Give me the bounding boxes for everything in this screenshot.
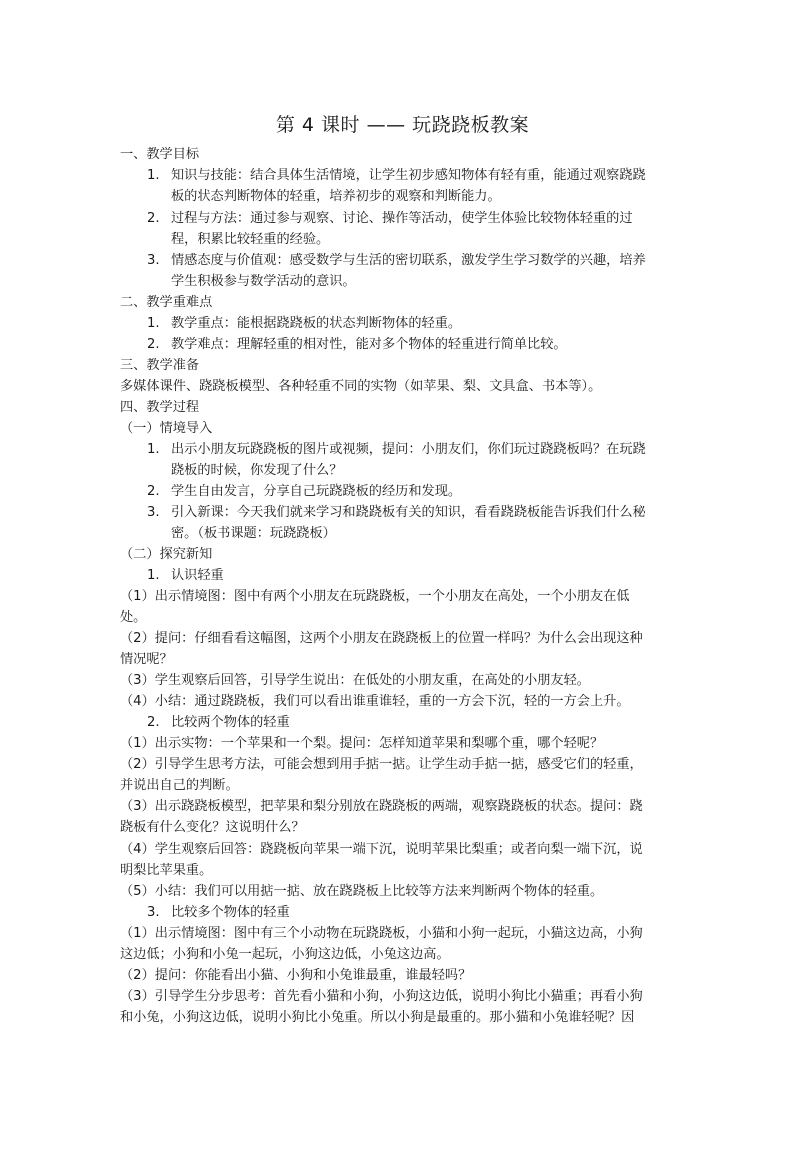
- paragraph-line: （4）小结：通过跷跷板，我们可以看出谁重谁轻，重的一方会下沉，轻的一方会上升。: [120, 695, 630, 708]
- list-number: 1.: [147, 569, 160, 582]
- paragraph-line: （1）出示情境图：图中有两个小朋友在玩跷跷板，一个小朋友在高处，一个小朋友在低: [120, 590, 630, 603]
- paragraph-line: （1）出示情境图：图中有三个小动物在玩跷跷板，小猫和小狗一起玩，小猫这边高，小狗: [120, 927, 643, 940]
- paragraph-line: 情况呢？: [120, 653, 173, 666]
- section-heading: 三、教学准备: [120, 359, 199, 372]
- paragraph-line: 明梨比苹果重。: [120, 864, 212, 877]
- list-item-line: 教学重点：能根据跷跷板的状态判断物体的轻重。: [171, 317, 461, 330]
- list-item-line: 情感态度与价值观：感受数学与生活的密切联系，激发学生学习数学的兴趣，培养: [171, 254, 646, 267]
- list-number: 1.: [147, 443, 160, 456]
- paragraph-line: （3）学生观察后回答，引导学生说出：在低处的小朋友重，在高处的小朋友轻。: [120, 674, 590, 687]
- paragraph-line: 并说出自己的判断。: [120, 779, 239, 792]
- paragraph-line: 和小兔，小狗这边低，说明小狗比小兔重。所以小狗是最重的。那小猫和小兔谁轻呢？因: [120, 1011, 634, 1024]
- sub-heading: 比较两个物体的轻重: [171, 716, 290, 729]
- list-item-line: 出示小朋友玩跷跷板的图片或视频，提问：小朋友们，你们玩过跷跷板吗？在玩跷: [171, 443, 646, 456]
- paragraph-line: 这边低；小狗和小兔一起玩，小狗这边低，小兔这边高。: [120, 948, 450, 961]
- sub-heading: 比较多个物体的轻重: [171, 906, 290, 919]
- list-item-line: 教学难点：理解轻重的相对性，能对多个物体的轻重进行简单比较。: [171, 338, 567, 351]
- list-item-line: 板的状态判断物体的轻重，培养初步的观察和判断能力。: [171, 190, 501, 203]
- subsection-heading: （一）情境导入: [120, 422, 212, 435]
- list-number: 1.: [147, 317, 160, 330]
- paragraph-line: 处。: [120, 611, 146, 624]
- list-number: 2.: [147, 338, 160, 351]
- list-item-line: 学生自由发言，分享自己玩跷跷板的经历和发现。: [171, 485, 461, 498]
- paragraph-line: 跷板有什么变化？这说明什么？: [120, 821, 305, 834]
- section-heading: 四、教学过程: [120, 401, 199, 414]
- paragraph-line: （3）出示跷跷板模型，把苹果和梨分别放在跷跷板的两端，观察跷跷板的状态。提问：跷: [120, 800, 643, 813]
- paragraph-line: （1）出示实物：一个苹果和一个梨。提问：怎样知道苹果和梨哪个重，哪个轻呢？: [120, 737, 603, 750]
- list-number: 3.: [147, 506, 160, 519]
- paragraph-line: （3）引导学生分步思考：首先看小猫和小狗，小狗这边低，说明小狗比小猫重；再看小狗: [120, 990, 643, 1003]
- list-item-line: 程，积累比较轻重的经验。: [171, 233, 329, 246]
- sub-heading: 认识轻重: [171, 569, 224, 582]
- paragraph-line: （2）引导学生思考方法，可能会想到用手掂一掂。让学生动手掂一掂，感受它们的轻重，: [120, 758, 643, 771]
- paragraph-line: （2）提问：你能看出小猫、小狗和小兔谁最重，谁最轻吗？: [120, 969, 471, 982]
- list-item-line: 跷板的时候，你发现了什么？: [171, 464, 342, 477]
- subsection-heading: （二）探究新知: [120, 548, 212, 561]
- page-title: 第 4 课时 —— 玩跷跷板教案: [0, 110, 805, 137]
- document-page: 第 4 课时 —— 玩跷跷板教案 一、教学目标 1. 知识与技能：结合具体生活情…: [0, 0, 805, 1150]
- list-number: 3.: [147, 254, 160, 267]
- list-item-line: 引入新课：今天我们就来学习和跷跷板有关的知识，看看跷跷板能告诉我们什么秘: [171, 506, 646, 519]
- list-number: 3.: [147, 906, 160, 919]
- paragraph-line: 多媒体课件、跷跷板模型、各种轻重不同的实物（如苹果、梨、文具盒、书本等）。: [120, 380, 601, 393]
- list-number: 1.: [147, 169, 160, 182]
- list-item-line: 密。（板书课题：玩跷跷板）: [171, 527, 336, 540]
- list-item-line: 学生积极参与数学活动的意识。: [171, 275, 356, 288]
- section-heading: 二、教学重难点: [120, 296, 212, 309]
- list-number: 2.: [147, 485, 160, 498]
- list-number: 2.: [147, 212, 160, 225]
- section-heading: 一、教学目标: [120, 148, 199, 161]
- list-number: 2.: [147, 716, 160, 729]
- paragraph-line: （5）小结：我们可以用掂一掂、放在跷跷板上比较等方法来判断两个物体的轻重。: [120, 885, 603, 898]
- paragraph-line: （2）提问：仔细看看这幅图，这两个小朋友在跷跷板上的位置一样吗？为什么会出现这种: [120, 632, 643, 645]
- list-item-line: 过程与方法：通过参与观察、讨论、操作等活动，使学生体验比较物体轻重的过: [171, 212, 633, 225]
- list-item-line: 知识与技能：结合具体生活情境，让学生初步感知物体有轻有重，能通过观察跷跷: [171, 169, 646, 182]
- paragraph-line: （4）学生观察后回答：跷跷板向苹果一端下沉，说明苹果比梨重；或者向梨一端下沉，说: [120, 843, 643, 856]
